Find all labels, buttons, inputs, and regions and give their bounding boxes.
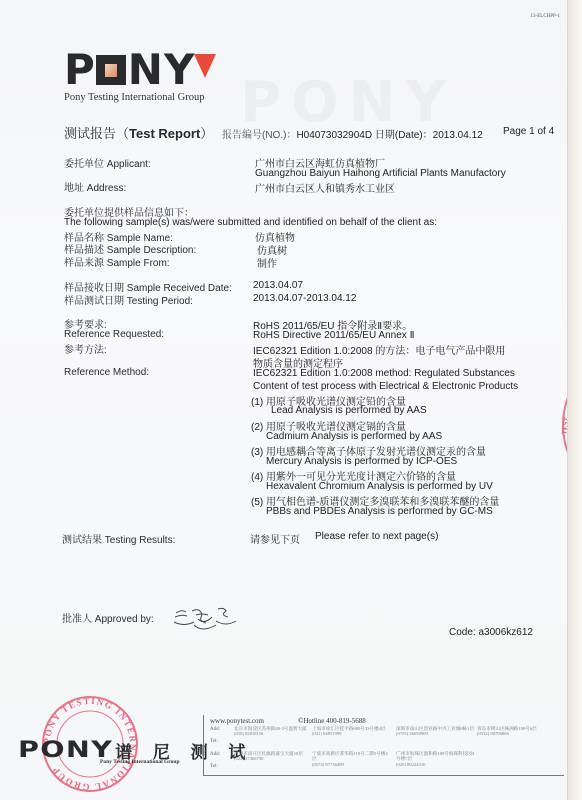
footer-logo-wordmark: PONY [18, 738, 113, 763]
reference-method-label-en: Reference Method: [64, 367, 149, 378]
logo-letters-ny: NY [128, 52, 196, 88]
sample-from-label: 样品来源 Sample From: [64, 254, 170, 269]
approved-by-label: 批准人 Approved by: [62, 610, 154, 625]
sample-from-value: 制作 [257, 255, 277, 270]
report-date: 2013.04.12 [433, 130, 483, 141]
tel-label: Tel: [210, 739, 218, 744]
report-no-label: 报告编号(NO.)： [222, 130, 296, 141]
logo-letter-p: P [64, 52, 96, 88]
received-date: 2013.04.07 [253, 280, 303, 291]
tel-label: Tel: [210, 764, 218, 769]
pony-logo: P NY Pony Testing International Group [64, 50, 205, 103]
sample-intro-en: The following sample(s) was/were submitt… [64, 217, 437, 228]
office-tianjin: 天津市南开区红旗路嘉宝大厦10层(022) 27366730 [234, 751, 314, 762]
reference-method-en-1: IEC62321 Edition 1.0:2008 method: Regula… [253, 368, 515, 379]
reference-requested-label-en: Reference Requested: [64, 329, 164, 340]
analysis-item-en: Hexavalent Chromium Analysis is performe… [266, 481, 493, 492]
document-code: 13-ELCHPP-1 [531, 14, 560, 19]
add-label: Add: [210, 752, 220, 757]
reference-method-en-2: Content of test process with Electrical … [253, 381, 518, 392]
applicant-label: 委托单位 Applicant: [64, 155, 151, 170]
testing-results-label: 测试结果 Testing Results: [62, 531, 175, 546]
applicant-name-en: Guangzhou Baiyun Haihong Artificial Plan… [255, 168, 506, 179]
group-name: Pony Testing International Group [64, 92, 205, 103]
approval-code: Code: a3006kz612 [449, 627, 533, 638]
analysis-item-en: Mercury Analysis is performed by ICP-OES [266, 456, 457, 467]
office-shanghai: 上海市徐汇区桂平路680号33号楼4层(021) 64851999 [312, 726, 392, 737]
page-title: 测试报告（Test Report） [64, 123, 213, 142]
hotline: ©Hotline 400-819-5688 [298, 717, 366, 725]
testing-results-en: Please refer to next page(s) [315, 531, 438, 542]
address-value: 广州市白云区人和镇秀水工业区 [255, 180, 395, 195]
testing-period: 2013.04.07-2013.04.12 [253, 293, 356, 304]
date-label: 日期(Date)： [375, 130, 433, 141]
signature-icon [172, 603, 242, 633]
logo-square-o-icon [96, 55, 126, 85]
analysis-item-en: Lead Analysis is performed by AAS [271, 405, 427, 416]
report-page: 13-ELCHPP-1 PONY P NY Pony Testing Inter… [0, 0, 568, 800]
analysis-item-en: PBBs and PBDEs Analysis is performed by … [266, 506, 493, 517]
address-label: 地址 Address: [64, 179, 126, 194]
office-beijing: 北京市海淀区苏州街49-3号盈智大厦(010) 82818116 [234, 726, 314, 737]
page-edge [567, 0, 582, 800]
analysis-item-en: Cadmium Analysis is performed by AAS [266, 431, 442, 442]
testing-period-label: 样品测试日期 Testing Period: [64, 292, 193, 307]
testing-results-cn: 请参见下页 [250, 531, 300, 546]
page-number: Page 1 of 4 [503, 126, 554, 137]
footer-brand-en: Pony Testing International Group [100, 759, 180, 765]
website-link[interactable]: www.ponytest.com [210, 717, 264, 725]
office-shenzhen: 深圳市南山区创业路中兴工业城8栋1层(0755) 26050909 [396, 726, 476, 737]
office-qingdao: 青岛市崂山区株洲路190号6层(0532) 88706866 [477, 726, 547, 737]
reference-method-label-cn: 参考方法: [64, 341, 107, 356]
office-guangzhou: 广州市海珠区敦和路189号海珠科技园3号楼7层(020) 89224310 [396, 751, 476, 767]
office-ningbo: 宁波市高新区菁华路110号二期5号楼4层(0574) 87736499 [312, 751, 392, 767]
report-no: H04073032904D [296, 130, 372, 141]
reference-requested-en: RoHS Directive 2011/65/EU Annex Ⅱ [253, 330, 414, 341]
report-meta: 报告编号(NO.)：H04073032904D 日期(Date)：2013.04… [222, 126, 483, 141]
add-label: Add: [210, 727, 220, 732]
logo-red-triangle-icon [194, 54, 216, 78]
